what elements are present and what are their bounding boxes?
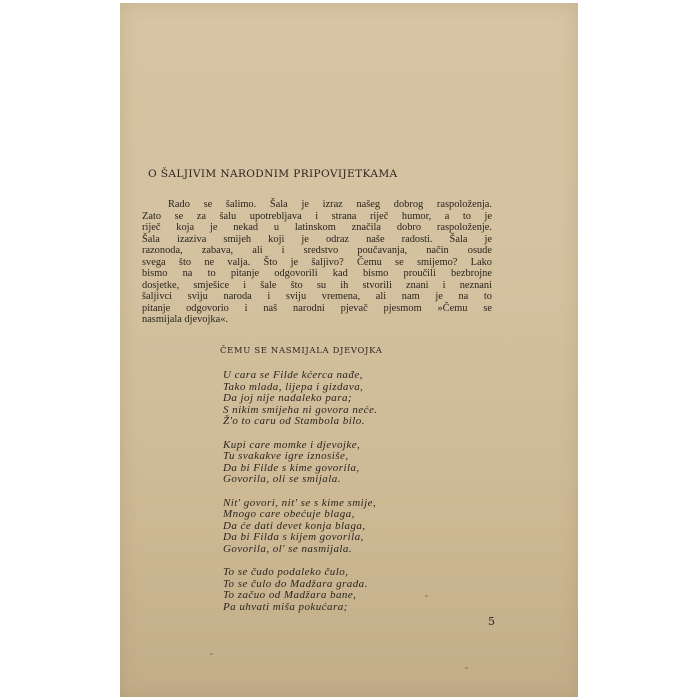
poem-stanza: Kupi care momke i djevojke, Tu svakakve … bbox=[223, 440, 483, 486]
verse-line: Govorila, oli se smijala. bbox=[223, 474, 483, 486]
poem-stanza: U cara se Filde kćerca nađe, Tako mlada,… bbox=[223, 370, 483, 428]
paragraph-line: šaljivci sviju naroda i sviju vremena, a… bbox=[142, 291, 492, 303]
paragraph-line: Zato se za šalu upotrebljava i strana ri… bbox=[142, 211, 492, 223]
paper-speck bbox=[425, 595, 428, 597]
verse-line: To se čudo podaleko čulo, bbox=[223, 567, 483, 579]
chapter-title: O ŠALJIVIM NARODNIM PRIPOVIJETKAMA bbox=[148, 168, 468, 180]
verse-line: Ž'o to caru od Stambola bilo. bbox=[223, 416, 483, 428]
verse-line: Tu svakakve igre iznosiše, bbox=[223, 451, 483, 463]
verse-line: Mnogo care obećuje blaga, bbox=[223, 509, 483, 521]
paragraph-line: Šala izaziva smijeh koji je odraz naše r… bbox=[142, 234, 492, 246]
poem: U cara se Filde kćerca nađe, Tako mlada,… bbox=[223, 370, 483, 625]
paragraph-line: riječ koja je nekad u latinskom značila … bbox=[142, 222, 492, 234]
paper-speck bbox=[210, 653, 213, 655]
verse-line: Govorila, ol' se nasmijala. bbox=[223, 544, 483, 556]
intro-paragraph: Rado se šalimo. Šala je izraz našeg dobr… bbox=[142, 199, 492, 326]
book-page: O ŠALJIVIM NARODNIM PRIPOVIJETKAMA Rado … bbox=[120, 3, 578, 697]
paragraph-line: nasmijala djevojka«. bbox=[142, 314, 492, 326]
poem-stanza: Nit' govori, nit' se s kime smije, Mnogo… bbox=[223, 498, 483, 556]
paragraph-line: bismo na to pitanje odgovorili kad bismo… bbox=[142, 268, 492, 280]
paragraph-line: dosjetke, smješice i šale što su ih stvo… bbox=[142, 280, 492, 292]
paragraph-line: svega što ne valja. Što je šaljivo? Čemu… bbox=[142, 257, 492, 269]
poem-title: ČEMU SE NASMIJALA DJEVOJKA bbox=[220, 345, 382, 355]
paragraph-line: pitanje odgovorio i naš narodni pjevač p… bbox=[142, 303, 492, 315]
verse-line: Pa uhvati miša pokućara; bbox=[223, 602, 483, 614]
paragraph-line: razonoda, zabava, ali i sredstvo poučava… bbox=[142, 245, 492, 257]
page-number: 5 bbox=[488, 615, 495, 628]
paper-speck bbox=[465, 667, 468, 669]
poem-stanza: To se čudo podaleko čulo, To se čulo do … bbox=[223, 567, 483, 613]
paragraph-line: Rado se šalimo. Šala je izraz našeg dobr… bbox=[142, 199, 492, 211]
verse-line: U cara se Filde kćerca nađe, bbox=[223, 370, 483, 382]
